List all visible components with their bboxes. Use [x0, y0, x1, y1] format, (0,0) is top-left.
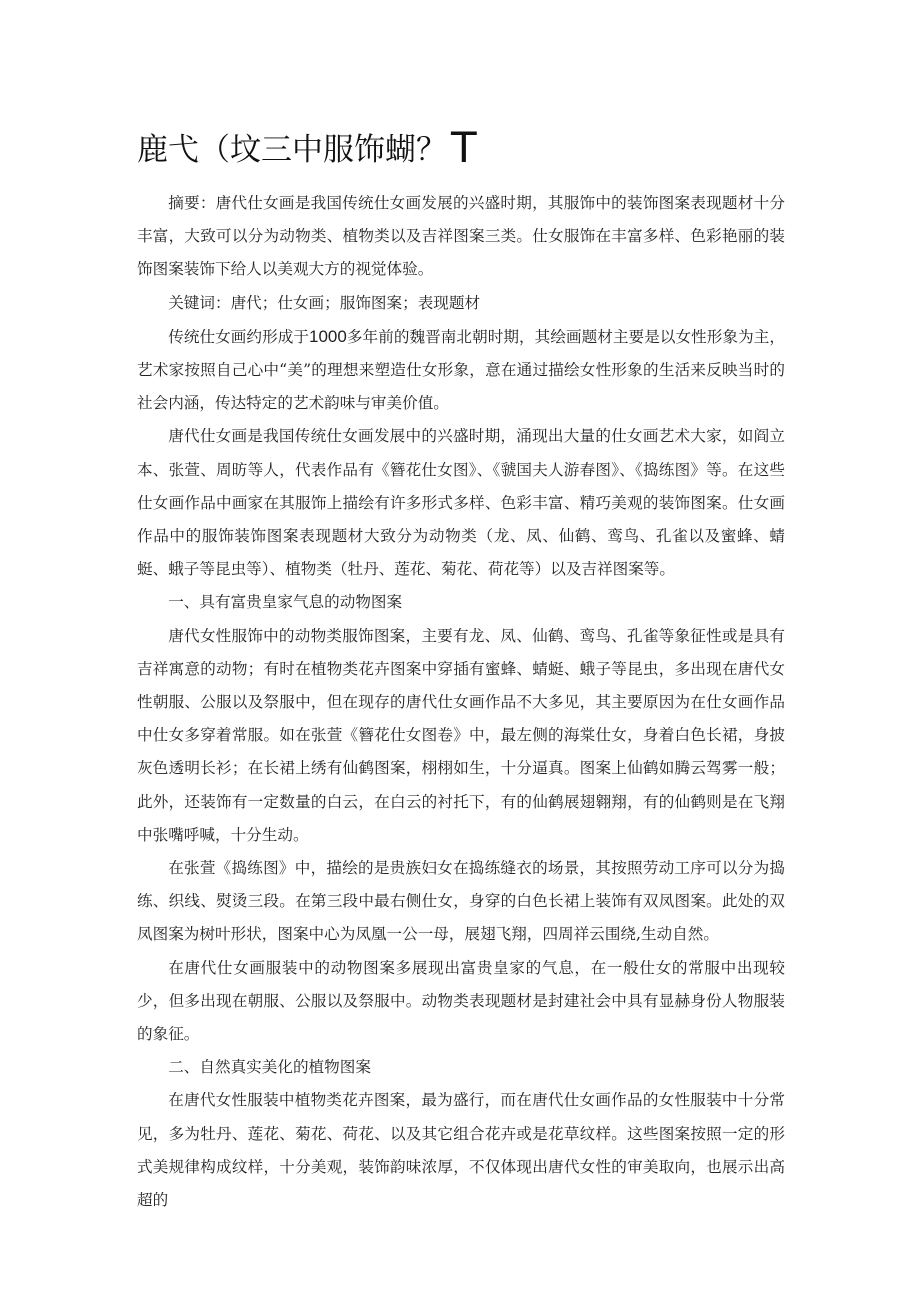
section-heading: 一、具有富贵皇家气息的动物图案 — [137, 586, 785, 619]
section-heading: 二、自然真实美化的植物图案 — [137, 1051, 785, 1084]
body-paragraph: 唐代仕女画是我国传统仕女画发展中的兴盛时期，涌现出大量的仕女画艺术大家，如阎立本… — [137, 420, 785, 586]
abstract-paragraph: 摘要：唐代仕女画是我国传统仕女画发展的兴盛时期，其服饰中的装饰图案表现题材十分丰… — [137, 187, 785, 287]
document-page: 鹿弋（坟三中服饰蝴？T 摘要：唐代仕女画是我国传统仕女画发展的兴盛时期，其服饰中… — [0, 0, 920, 1301]
document-body: 摘要：唐代仕女画是我国传统仕女画发展的兴盛时期，其服饰中的装饰图案表现题材十分丰… — [137, 187, 785, 1217]
body-paragraph: 在唐代女性服装中植物类花卉图案，最为盛行，而在唐代仕女画作品的女性服装中十分常见… — [137, 1084, 785, 1217]
title-suffix: T — [451, 123, 477, 172]
text-segment: 传统仕女画约形成于 — [168, 328, 309, 346]
body-paragraph: 唐代女性服饰中的动物类服饰图案，主要有龙、凤、仙鹤、鸾鸟、孔雀等象征性或是具有吉… — [137, 620, 785, 852]
document-title: 鹿弋（坟三中服饰蝴？T — [137, 128, 477, 170]
keywords-paragraph: 关键词：唐代；仕女画；服饰图案；表现题材 — [137, 287, 785, 320]
body-paragraph: 传统仕女画约形成于1000多年前的魏晋南北朝时期，其绘画题材主要是以女性形象为主… — [137, 320, 785, 421]
title-text: 鹿弋（坟三中服饰蝴？ — [137, 132, 447, 168]
year-number: 1000 — [309, 327, 347, 346]
body-paragraph: 在唐代仕女画服装中的动物图案多展现出富贵皇家的气息，在一般仕女的常服中出现较少，… — [137, 952, 785, 1052]
body-paragraph: 在张萱《捣练图》中，描绘的是贵族妇女在捣练缝衣的场景，其按照劳动工序可以分为捣练… — [137, 852, 785, 952]
